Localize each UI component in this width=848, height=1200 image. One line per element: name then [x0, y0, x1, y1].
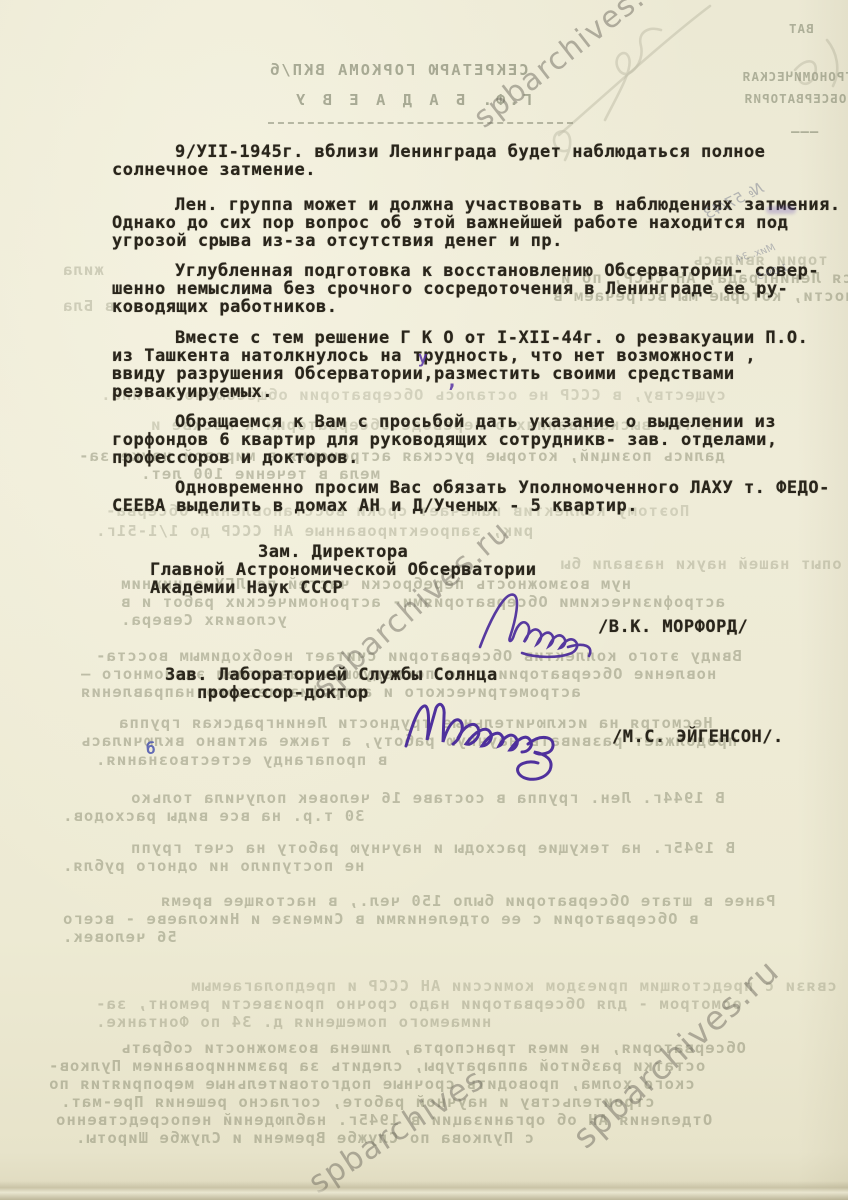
typewritten-line: реэвакуируемых.: [112, 383, 842, 401]
bleedthrough-line: в Обсерватории с ее отделениями в Симеиз…: [62, 911, 698, 928]
typewritten-line: ввиду разрушения Обсерватории,разместить…: [112, 365, 842, 383]
typewritten-line: СЕЕВА выделить в домах АН и Д/Ученых - 5…: [112, 497, 842, 515]
bleedthrough-line: с Пулкова по Службе Времени и Службе Шир…: [75, 1130, 534, 1147]
ink-smudge: [766, 206, 796, 214]
bleedthrough-line: нимаемого помещения д. 34 по Фонтанке.: [95, 1014, 491, 1031]
bleedthrough-line: жила: [62, 262, 104, 279]
typewritten-line: горфондов 6 квартир для руководящих сотр…: [112, 431, 842, 449]
signoff-line: профессор-доктор: [197, 684, 369, 702]
ink-correction-mark: ,: [446, 368, 458, 392]
paragraph: Вместе с тем решение Г К О от I-ХII-44г.…: [112, 329, 842, 401]
signoff-line: /М.С. ЭЙГЕНСОН/.: [612, 728, 784, 746]
bleedthrough-line: 30 т.р. на все виды расходов.: [62, 808, 365, 825]
typewritten-line: Углубленная подготовка к восстановлению …: [112, 262, 842, 280]
bleedthrough-line: осмотром - для Обсерватории надо срочно …: [95, 996, 742, 1013]
typewritten-line: 9/УII-1945г. вблизи Ленинграда будет наб…: [112, 143, 842, 161]
typewritten-line: ководящих работников.: [112, 298, 842, 316]
bleedthrough-line: остатки разбитой аппаратуры, следить за …: [48, 1058, 705, 1075]
scanned-letter-page: СЕКРЕТАРЮ ГОРКОМА ВКП/бГ.Ф. Б А Д А Е В …: [0, 0, 848, 1200]
bleedthrough-line: в Бла: [62, 298, 114, 315]
paragraph: Углубленная подготовка к восстановлению …: [112, 262, 842, 316]
typewritten-line: солнечное затмение.: [112, 161, 842, 179]
paragraph: 9/УII-1945г. вблизи Ленинграда будет наб…: [112, 143, 842, 179]
typewritten-line: угрозой срыва из-за отсутствия денег и п…: [112, 232, 842, 250]
signoff-line: Академии Наук СССР: [150, 579, 343, 597]
bleedthrough-line: не поступило ни одного рубля.: [62, 858, 365, 875]
bleedthrough-line: строительству и научной работе, согласно…: [60, 1094, 655, 1111]
signature-eigenson: [398, 688, 608, 783]
ink-correction-mark: б: [146, 739, 156, 758]
page-bottom-edge: [0, 1181, 848, 1200]
typewritten-line: Обращаемся к Вам с просьбой дать указани…: [112, 413, 842, 431]
typewritten-line: шенно немыслима без срочного сосредоточе…: [112, 280, 842, 298]
ink-correction-mark: у: [418, 348, 428, 367]
typewritten-line: профессоров и докторов.: [112, 449, 842, 467]
bleedthrough-line: 56 человек.: [62, 929, 177, 946]
typewritten-line: Одновременно просим Вас обязать Уполномо…: [112, 479, 842, 497]
bleedthrough-line: Вековой опыт П.О. и весь опыт нашей наук…: [560, 556, 848, 573]
typewritten-line: из Ташкента натолкнулось на трудность, ч…: [112, 347, 842, 365]
signature-morford: [468, 585, 628, 665]
bleedthrough-line: Ввиду этого коллектив Обсерватории счита…: [95, 648, 742, 665]
bleedthrough-address-line: СЕКРЕТАРЮ ГОРКОМА ВКП/б: [268, 62, 529, 79]
signoff-line: Зав. Лабораторией Службы Солнца: [165, 666, 498, 684]
signoff-line: Зам. Директора: [258, 543, 408, 561]
typewritten-line: Однако до сих пор вопрос об этой важнейш…: [112, 214, 842, 232]
bleedthrough-line: В 1944г. Лен. группа в составе 16 челове…: [130, 790, 725, 807]
bleedthrough-line: В 1945г. на текущие расходы и научную ра…: [130, 840, 735, 857]
bleedthrough-line: Ранее в штате Обсерватории было 150 чел.…: [160, 893, 775, 910]
bleedthrough-line: в пропаганду естествознания.: [95, 752, 387, 769]
typewritten-line: Вместе с тем решение Г К О от I-ХII-44г.…: [112, 329, 842, 347]
paragraph: Обращаемся к Вам с просьбой дать указани…: [112, 413, 842, 467]
signoff-line: Главной Астрономической Обсерватории: [150, 561, 536, 579]
bleedthrough-line: условиях Севера.: [120, 612, 287, 629]
bleedthrough-address-underline: [268, 122, 573, 124]
bleedthrough-line: ского холма, проводить срочные подготови…: [48, 1076, 695, 1093]
paragraph: Одновременно просим Вас обязать Уполномо…: [112, 479, 842, 515]
